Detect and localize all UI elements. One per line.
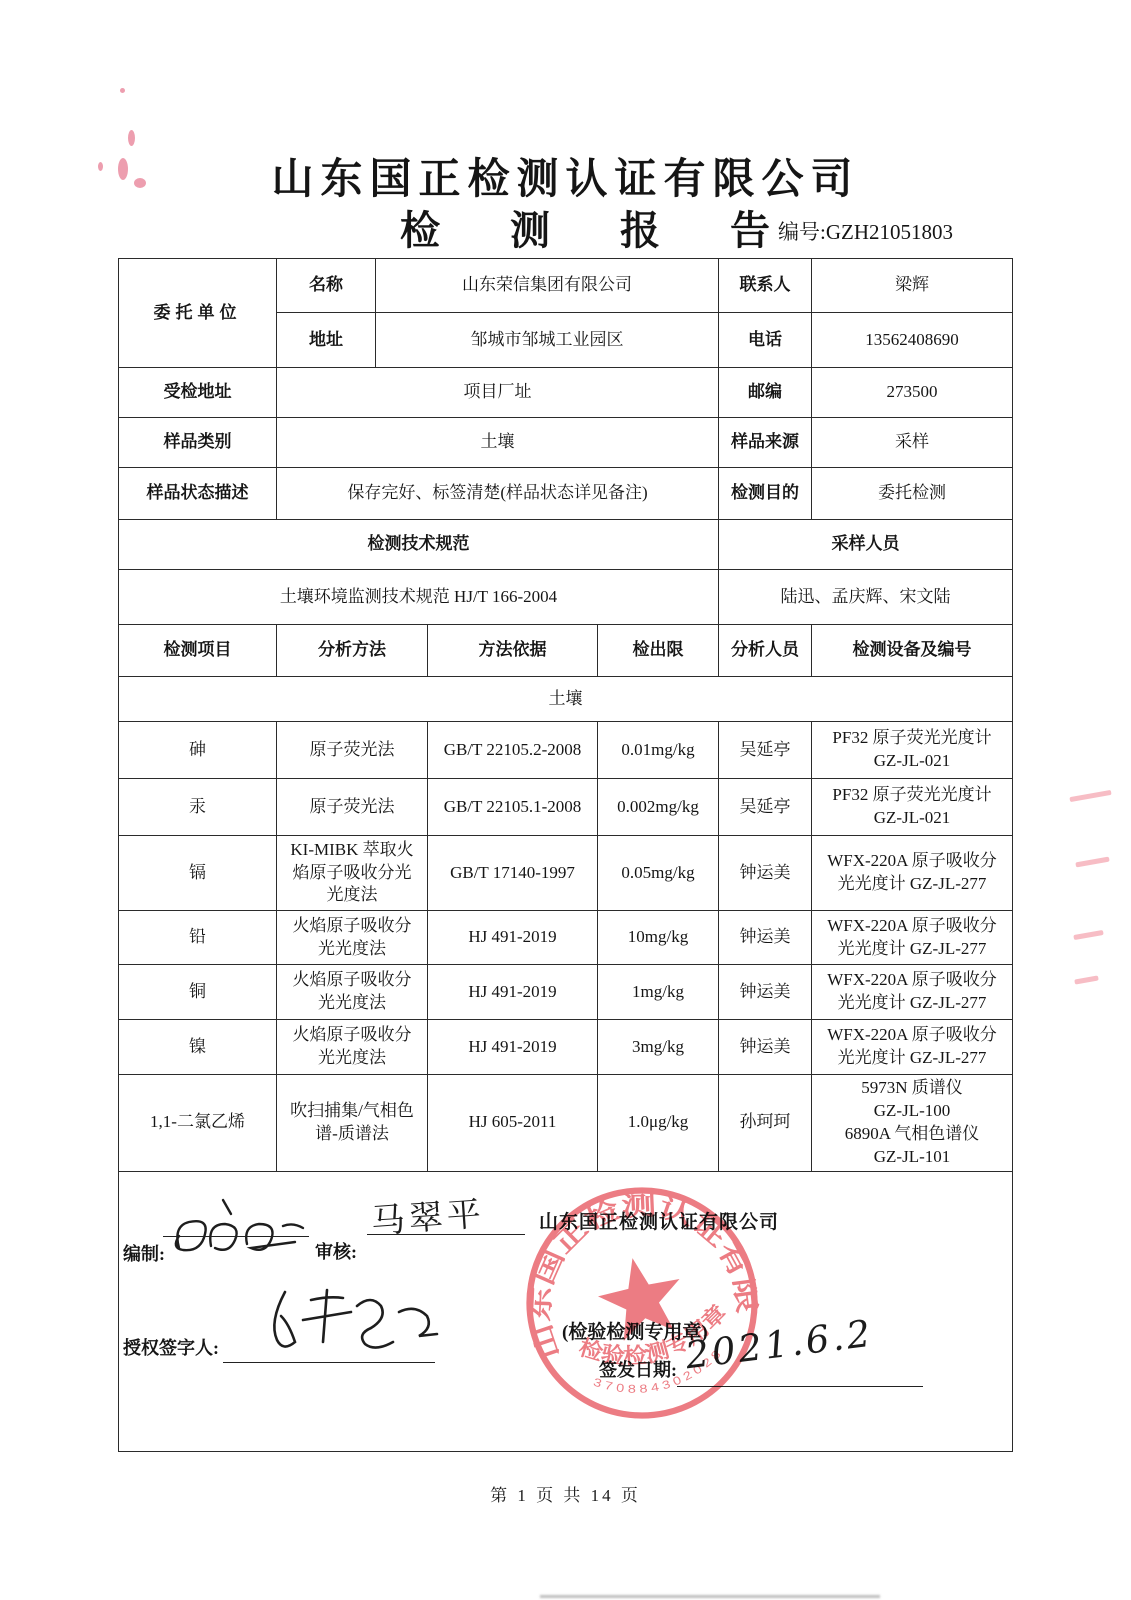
cell-method: 火焰原子吸收分 光光度法 (277, 911, 428, 965)
cell-item: 砷 (119, 722, 277, 779)
cell-analyst: 钟运美 (719, 911, 812, 965)
scan-edge-mark (1073, 930, 1103, 940)
col-header-basis: 方法依据 (428, 625, 598, 677)
cell-basis: GB/T 22105.2-2008 (428, 722, 598, 779)
samplers-label: 采样人员 (719, 520, 1013, 570)
page-title-company: 山东国正检测认证有限公司 (0, 146, 1131, 206)
table-row: 汞 原子荧光法 GB/T 22105.1-2008 0.002mg/kg 吴延亭… (119, 779, 1013, 836)
col-header-limit: 检出限 (598, 625, 719, 677)
cell-equipment: WFX-220A 原子吸收分 光光度计 GZ-JL-277 (812, 911, 1013, 965)
table-row: 镍 火焰原子吸收分 光光度法 HJ 491-2019 3mg/kg 钟运美 WF… (119, 1020, 1013, 1075)
col-header-method: 分析方法 (277, 625, 428, 677)
table-header-row: 检测项目 分析方法 方法依据 检出限 分析人员 检测设备及编号 (119, 625, 1013, 677)
reviewed-by-signature: 马翠平 (370, 1192, 487, 1246)
group-row: 土壤 (119, 677, 1013, 722)
purpose-value: 委托检测 (812, 468, 1013, 520)
cell-limit: 3mg/kg (598, 1020, 719, 1075)
cell-basis: HJ 605-2011 (428, 1075, 598, 1172)
table-row: 受检地址 项目厂址 邮编 273500 (119, 368, 1013, 418)
cell-analyst: 钟运美 (719, 1020, 812, 1075)
company-seal-stamp: 山东国正检测认证有限公司 检验检测专用章 3708843020285 (494, 1154, 791, 1451)
cell-method: 火焰原子吸收分 光光度法 (277, 1020, 428, 1075)
cell-item: 铅 (119, 911, 277, 965)
cell-basis: HJ 491-2019 (428, 1020, 598, 1075)
cell-item: 汞 (119, 779, 277, 836)
contact-value: 梁辉 (812, 259, 1013, 313)
cell-basis: HJ 491-2019 (428, 911, 598, 965)
spec-section-label: 检测技术规范 (119, 520, 719, 570)
col-header-item: 检测项目 (119, 625, 277, 677)
stamp-star-icon (592, 1249, 690, 1344)
address-label: 地址 (277, 313, 376, 368)
table-row: 样品状态描述 保存完好、标签清楚(样品状态详见备注) 检测目的 委托检测 (119, 468, 1013, 520)
sample-state-label: 样品状态描述 (119, 468, 277, 520)
cell-limit: 0.002mg/kg (598, 779, 719, 836)
prepared-by-underline (163, 1236, 309, 1237)
cell-equipment: PF32 原子荧光光度计 GZ-JL-021 (812, 779, 1013, 836)
report-table: 委托单位 名称 山东荣信集团有限公司 联系人 梁辉 地址 邹城市邹城工业园区 电… (118, 258, 1013, 1452)
report-number: 编号:GZH21051803 (778, 216, 953, 246)
cell-item: 1,1-二氯乙烯 (119, 1075, 277, 1172)
cell-limit: 0.01mg/kg (598, 722, 719, 779)
authorized-signer-label: 授权签字人: (123, 1336, 219, 1360)
sample-type-label: 样品类别 (119, 418, 277, 468)
cell-limit: 0.05mg/kg (598, 836, 719, 911)
cell-equipment: WFX-220A 原子吸收分 光光度计 GZ-JL-277 (812, 1020, 1013, 1075)
table-row: 1,1-二氯乙烯 吹扫捕集/气相色 谱-质谱法 HJ 605-2011 1.0μ… (119, 1075, 1013, 1172)
sample-source-label: 样品来源 (719, 418, 812, 468)
zip-value: 273500 (812, 368, 1013, 418)
spec-value: 土壤环境监测技术规范 HJ/T 166-2004 (119, 570, 719, 625)
cell-equipment: 5973N 质谱仪 GZ-JL-100 6890A 气相色谱仪 GZ-JL-10… (812, 1075, 1013, 1172)
address-value: 邹城市邹城工业园区 (376, 313, 719, 368)
cell-item: 镉 (119, 836, 277, 911)
scan-edge-mark (1075, 857, 1109, 868)
table-row: 样品类别 土壤 样品来源 采样 (119, 418, 1013, 468)
cell-analyst: 吴延亭 (719, 722, 812, 779)
table-row: 铜 火焰原子吸收分 光光度法 HJ 491-2019 1mg/kg 钟运美 WF… (119, 965, 1013, 1020)
signoff-area: 编制: 审核: 马翠平 山东国正检测认证有限公 (119, 1172, 1012, 1450)
table-row: 砷 原子荧光法 GB/T 22105.2-2008 0.01mg/kg 吴延亭 … (119, 722, 1013, 779)
scan-speck (120, 88, 125, 93)
authorized-signature-scribble (259, 1276, 449, 1362)
inspected-address-label: 受检地址 (119, 368, 277, 418)
cell-analyst: 钟运美 (719, 836, 812, 911)
table-row: 委托单位 名称 山东荣信集团有限公司 联系人 梁辉 (119, 259, 1013, 313)
cell-method: KI-MIBK 萃取火 焰原子吸收分光 光度法 (277, 836, 428, 911)
samplers-value: 陆迅、孟庆辉、宋文陆 (719, 570, 1013, 625)
page-footer: 第 1 页 共 14 页 (0, 1481, 1131, 1506)
table-row: 检测技术规范 采样人员 (119, 520, 1013, 570)
cell-method: 原子荧光法 (277, 779, 428, 836)
sample-type-value: 土壤 (277, 418, 719, 468)
cell-equipment: WFX-220A 原子吸收分 光光度计 GZ-JL-277 (812, 965, 1013, 1020)
sample-source-value: 采样 (812, 418, 1013, 468)
cell-basis: GB/T 22105.1-2008 (428, 779, 598, 836)
purpose-label: 检测目的 (719, 468, 812, 520)
phone-label: 电话 (719, 313, 812, 368)
contact-label: 联系人 (719, 259, 812, 313)
cell-limit: 10mg/kg (598, 911, 719, 965)
cell-method: 吹扫捕集/气相色 谱-质谱法 (277, 1075, 428, 1172)
name-value: 山东荣信集团有限公司 (376, 259, 719, 313)
scanned-test-report-page: 山东国正检测认证有限公司 检 测 报 告 编号:GZH21051803 委托单位… (0, 0, 1131, 1600)
scan-bottom-smudge (540, 1595, 880, 1598)
cell-equipment: PF32 原子荧光光度计 GZ-JL-021 (812, 722, 1013, 779)
cell-item: 镍 (119, 1020, 277, 1075)
name-label: 名称 (277, 259, 376, 313)
scan-edge-mark (1074, 975, 1099, 984)
zip-label: 邮编 (719, 368, 812, 418)
cell-analyst: 钟运美 (719, 965, 812, 1020)
cell-item: 铜 (119, 965, 277, 1020)
scan-edge-mark (1069, 790, 1111, 802)
authorized-signer-underline (223, 1362, 435, 1363)
col-header-analyst: 分析人员 (719, 625, 812, 677)
cell-basis: GB/T 17140-1997 (428, 836, 598, 911)
cell-method: 原子荧光法 (277, 722, 428, 779)
table-row: 铅 火焰原子吸收分 光光度法 HJ 491-2019 10mg/kg 钟运美 W… (119, 911, 1013, 965)
cell-limit: 1mg/kg (598, 965, 719, 1020)
cell-basis: HJ 491-2019 (428, 965, 598, 1020)
client-unit-label: 委托单位 (119, 259, 277, 368)
cell-analyst: 吴延亭 (719, 779, 812, 836)
cell-limit: 1.0μg/kg (598, 1075, 719, 1172)
scan-speck (128, 130, 135, 146)
phone-value: 13562408690 (812, 313, 1013, 368)
prepared-by-signature-scribble (165, 1196, 315, 1268)
prepared-by-label: 编制: (123, 1242, 165, 1266)
cell-method: 火焰原子吸收分 光光度法 (277, 965, 428, 1020)
signoff-row: 编制: 审核: 马翠平 山东国正检测认证有限公 (119, 1171, 1013, 1451)
col-header-equipment: 检测设备及编号 (812, 625, 1013, 677)
inspected-address-value: 项目厂址 (277, 368, 719, 418)
reviewed-by-label: 审核: (315, 1240, 357, 1264)
group-soil: 土壤 (119, 677, 1013, 722)
table-row: 土壤环境监测技术规范 HJ/T 166-2004 陆迅、孟庆辉、宋文陆 (119, 570, 1013, 625)
table-row: 镉 KI-MIBK 萃取火 焰原子吸收分光 光度法 GB/T 17140-199… (119, 836, 1013, 911)
cell-equipment: WFX-220A 原子吸收分 光光度计 GZ-JL-277 (812, 836, 1013, 911)
sample-state-value: 保存完好、标签清楚(样品状态详见备注) (277, 468, 719, 520)
